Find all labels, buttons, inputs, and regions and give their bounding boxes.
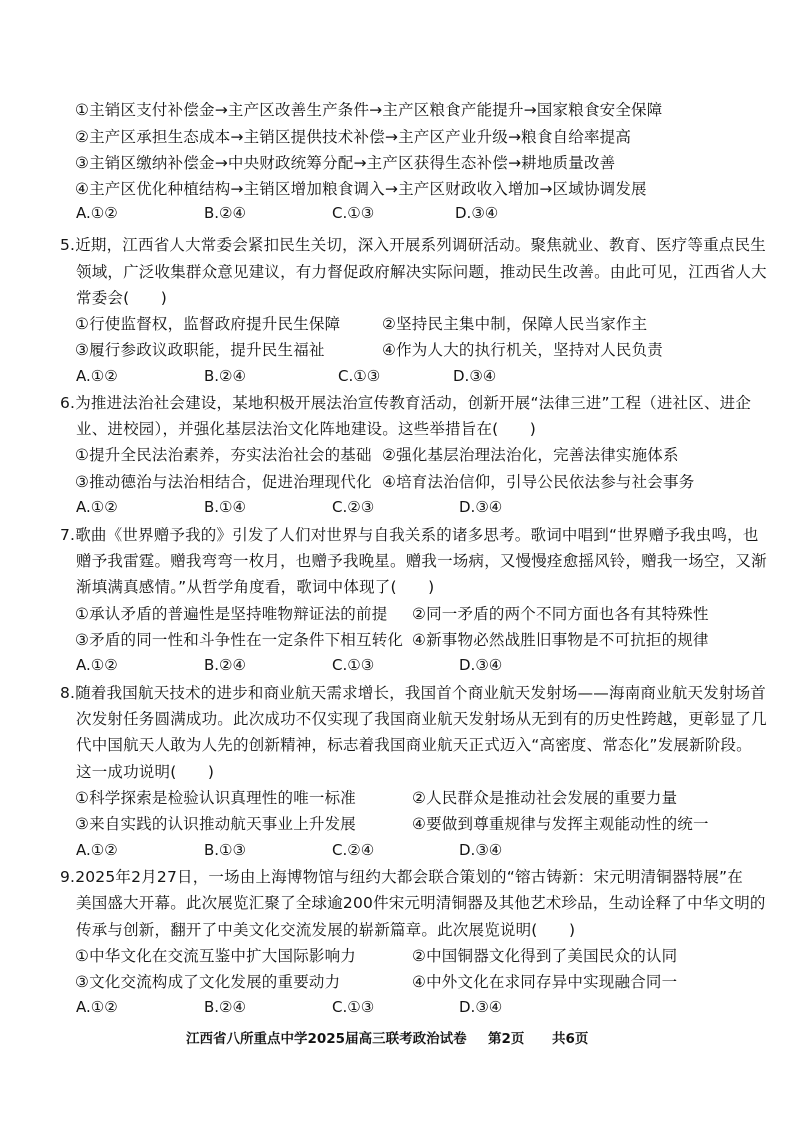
answer-b: B.②④: [204, 998, 246, 1016]
option-2: ②强化基层治理法治化，完善法律实施体系: [382, 445, 679, 465]
answer-a: A.①②: [76, 656, 118, 674]
answer-d: D.③④: [459, 998, 502, 1016]
answer-d: D.③④: [459, 656, 502, 674]
option-1: ①提升全民法治素养，夯实法治社会的基础: [75, 445, 372, 465]
option-3: ③推动德治与法治相结合，促进治理现代化: [75, 472, 372, 492]
page-number: 第2页: [488, 1027, 524, 1047]
option-1: ①主销区支付补偿金→主产区改善生产条件→主产区粮食产能提升→国家粮食安全保障: [75, 100, 662, 120]
option-4: ④培育法治信仰，引导公民依法参与社会事务: [382, 472, 694, 492]
question-stem: 这一成功说明( ): [76, 762, 214, 782]
answer-d: D.③④: [459, 841, 502, 859]
option-3: ③矛盾的同一性和斗争性在一定条件下相互转化: [75, 630, 403, 650]
answer-a: A.①②: [76, 204, 118, 222]
option-2: ②主产区承担生态成本→主销区提供技术补偿→主产区产业升级→粮食自给率提高: [75, 127, 631, 147]
answer-a: A.①②: [76, 841, 118, 859]
option-4: ④新事物必然战胜旧事物是不可抗拒的规律: [412, 630, 709, 650]
answer-d: D.③④: [453, 367, 496, 385]
answer-a: A.①②: [76, 367, 118, 385]
answer-b: B.①④: [204, 498, 246, 516]
answer-b: B.②④: [204, 656, 246, 674]
option-2: ②中国铜器文化得到了美国民众的认同: [412, 946, 677, 966]
option-3: ③文化交流构成了文化发展的重要动力: [75, 972, 340, 992]
question-stem: 领域，广泛收集群众意见建议，有力督促政府解决实际问题，推动民生改善。由此可见，江…: [76, 262, 767, 282]
answer-d: D.③④: [459, 498, 502, 516]
option-1: ①科学探索是检验认识真理性的唯一标准: [75, 788, 356, 808]
answer-b: B.②④: [204, 204, 246, 222]
question-stem: 常委会( ): [76, 288, 167, 308]
answer-d: D.③④: [455, 204, 498, 222]
option-3: ③来自实践的认识推动航天事业上升发展: [75, 814, 356, 834]
exam-page: ①主销区支付补偿金→主产区改善生产条件→主产区粮食产能提升→国家粮食安全保障 ②…: [0, 0, 800, 1131]
option-4: ④主产区优化种植结构→主销区增加粮食调入→主产区财政收入增加→区域协调发展: [75, 179, 647, 199]
option-2: ②坚持民主集中制，保障人民当家作主: [382, 314, 647, 334]
page-total: 共6页: [552, 1027, 588, 1047]
answer-b: B.①③: [204, 841, 246, 859]
answer-c: C.①③: [332, 656, 374, 674]
option-1: ①中华文化在交流互鉴中扩大国际影响力: [75, 946, 356, 966]
exam-title: 江西省八所重点中学2025届高三联考政治试卷: [186, 1027, 467, 1047]
answer-b: B.②④: [204, 367, 246, 385]
option-4: ④要做到尊重规律与发挥主观能动性的统一: [412, 814, 709, 834]
option-3: ③履行参政议政职能，提升民生福祉: [75, 340, 325, 360]
question-stem: 美国盛大开幕。此次展览汇聚了全球逾200件宋元明清铜器及其他艺术珍品，生动诠释了…: [76, 893, 766, 913]
option-2: ②同一矛盾的两个不同方面也各有其特殊性: [412, 604, 709, 624]
question-stem: 业、进校园），并强化基层法治文化阵地建设。这些举措旨在( ): [76, 419, 536, 439]
question-stem: 5.近期，江西省人大常委会紧扣民生关切，深入开展系列调研活动。聚焦就业、教育、医…: [60, 235, 766, 255]
question-stem: 7.歌曲《世界赠予我的》引发了人们对世界与自我关系的诸多思考。歌词中唱到“世界赠…: [60, 525, 759, 545]
question-stem: 传承与创新，翻开了中美文化交流发展的崭新篇章。此次展览说明( ): [76, 920, 575, 940]
question-stem: 9.2025年2月27日，一场由上海博物馆与纽约大都会联合策划的“镕古铸新：宋元…: [60, 867, 743, 887]
answer-c: C.①③: [338, 367, 380, 385]
question-stem: 次发射任务圆满成功。此次成功不仅实现了我国商业航天发射场从无到有的历史性跨越，更…: [76, 709, 767, 729]
answer-c: C.②④: [332, 841, 374, 859]
answer-a: A.①②: [76, 498, 118, 516]
answer-c: C.①③: [332, 998, 374, 1016]
option-3: ③主销区缴纳补偿金→中央财政统筹分配→主产区获得生态补偿→耕地质量改善: [75, 153, 615, 173]
question-stem: 6.为推进法治社会建设，某地积极开展法治宣传教育活动，创新开展“法律三进”工程（…: [60, 393, 751, 413]
question-stem: 渐填满真感情。”从哲学角度看，歌词中体现了( ): [76, 577, 434, 597]
question-stem: 代中国航天人敢为人先的创新精神，标志着我国商业航天正式迈入“高密度、常态化”发展…: [76, 735, 752, 755]
option-1: ①承认矛盾的普遍性是坚持唯物辩证法的前提: [75, 604, 387, 624]
option-2: ②人民群众是推动社会发展的重要力量: [412, 788, 677, 808]
answer-c: C.①③: [332, 204, 374, 222]
option-4: ④中外文化在求同存异中实现融合同一: [412, 972, 677, 992]
answer-c: C.②③: [332, 498, 374, 516]
option-4: ④作为人大的执行机关，坚持对人民负责: [382, 340, 663, 360]
question-stem: 8.随着我国航天技术的进步和商业航天需求增长，我国首个商业航天发射场——海南商业…: [60, 683, 766, 703]
option-1: ①行使监督权，监督政府提升民生保障: [75, 314, 340, 334]
question-stem: 赠予我雷霆。赠我弯弯一枚月，也赠予我晚星。赠我一场病，又慢慢痊愈摇风铃，赠我一场…: [76, 551, 767, 571]
answer-a: A.①②: [76, 998, 118, 1016]
